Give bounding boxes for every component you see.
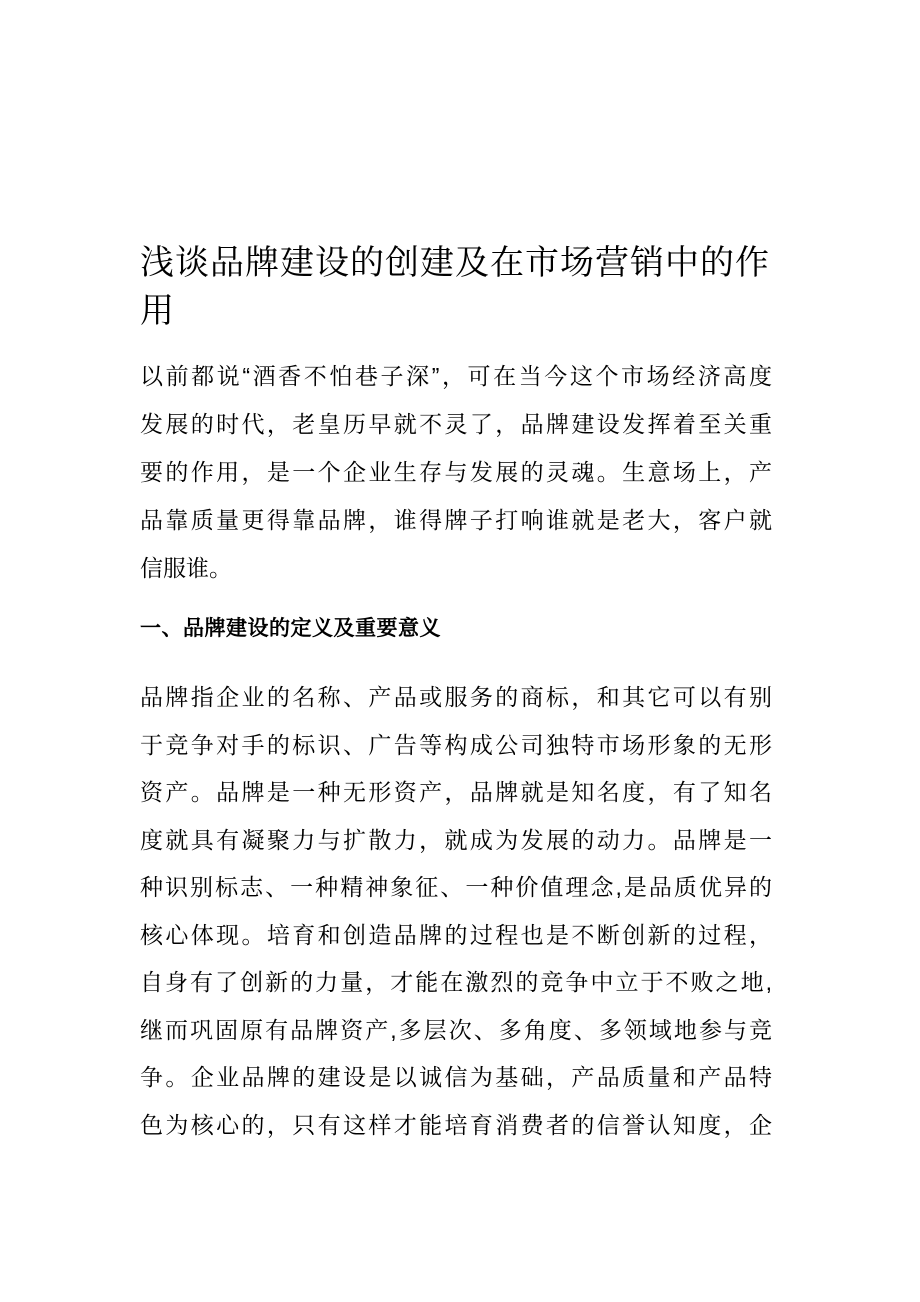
text-line: 核心体现。培育和创造品牌的过程也是不断创新的过程，	[140, 912, 772, 960]
document-title: 浅谈品牌建设的创建及在市场营销中的作用	[140, 240, 772, 336]
text-line: 用	[140, 288, 772, 336]
text-line: 种识别标志、一种精神象征、一种价值理念,是品质优异的	[140, 864, 772, 912]
section-paragraph: 品牌指企业的名称、产品或服务的商标，和其它可以有别于竞争对手的标识、广告等构成公…	[140, 674, 772, 1149]
text-line: 色为核心的，只有这样才能培育消费者的信誉认知度，企	[140, 1102, 772, 1150]
text-line: 争。企业品牌的建设是以诚信为基础，产品质量和产品特	[140, 1054, 772, 1102]
text-line: 自身有了创新的力量，才能在激烈的竞争中立于不败之地,	[140, 959, 772, 1007]
text-line: 继而巩固原有品牌资产,多层次、多角度、多领域地参与竞	[140, 1007, 772, 1055]
text-line: 品靠质量更得靠品牌，谁得牌子打响谁就是老大，客户就	[140, 496, 772, 544]
text-line: 浅谈品牌建设的创建及在市场营销中的作	[140, 240, 772, 288]
section-heading: 一、品牌建设的定义及重要意义	[140, 612, 772, 646]
text-line: 资产。品牌是一种无形资产，品牌就是知名度，有了知名	[140, 769, 772, 817]
intro-paragraph: 以前都说“酒香不怕巷子深”，可在当今这个市场经济高度发展的时代，老皇历早就不灵了…	[140, 352, 772, 592]
text-line: 以前都说“酒香不怕巷子深”，可在当今这个市场经济高度	[140, 352, 772, 400]
text-line: 信服谁。	[140, 544, 772, 592]
text-line: 发展的时代，老皇历早就不灵了，品牌建设发挥着至关重	[140, 400, 772, 448]
document-page: 浅谈品牌建设的创建及在市场营销中的作用 以前都说“酒香不怕巷子深”，可在当今这个…	[0, 0, 920, 1302]
text-line: 度就具有凝聚力与扩散力，就成为发展的动力。品牌是一	[140, 817, 772, 865]
text-line: 要的作用，是一个企业生存与发展的灵魂。生意场上，产	[140, 448, 772, 496]
text-line: 品牌指企业的名称、产品或服务的商标，和其它可以有别	[140, 674, 772, 722]
text-line: 于竞争对手的标识、广告等构成公司独特市场形象的无形	[140, 722, 772, 770]
